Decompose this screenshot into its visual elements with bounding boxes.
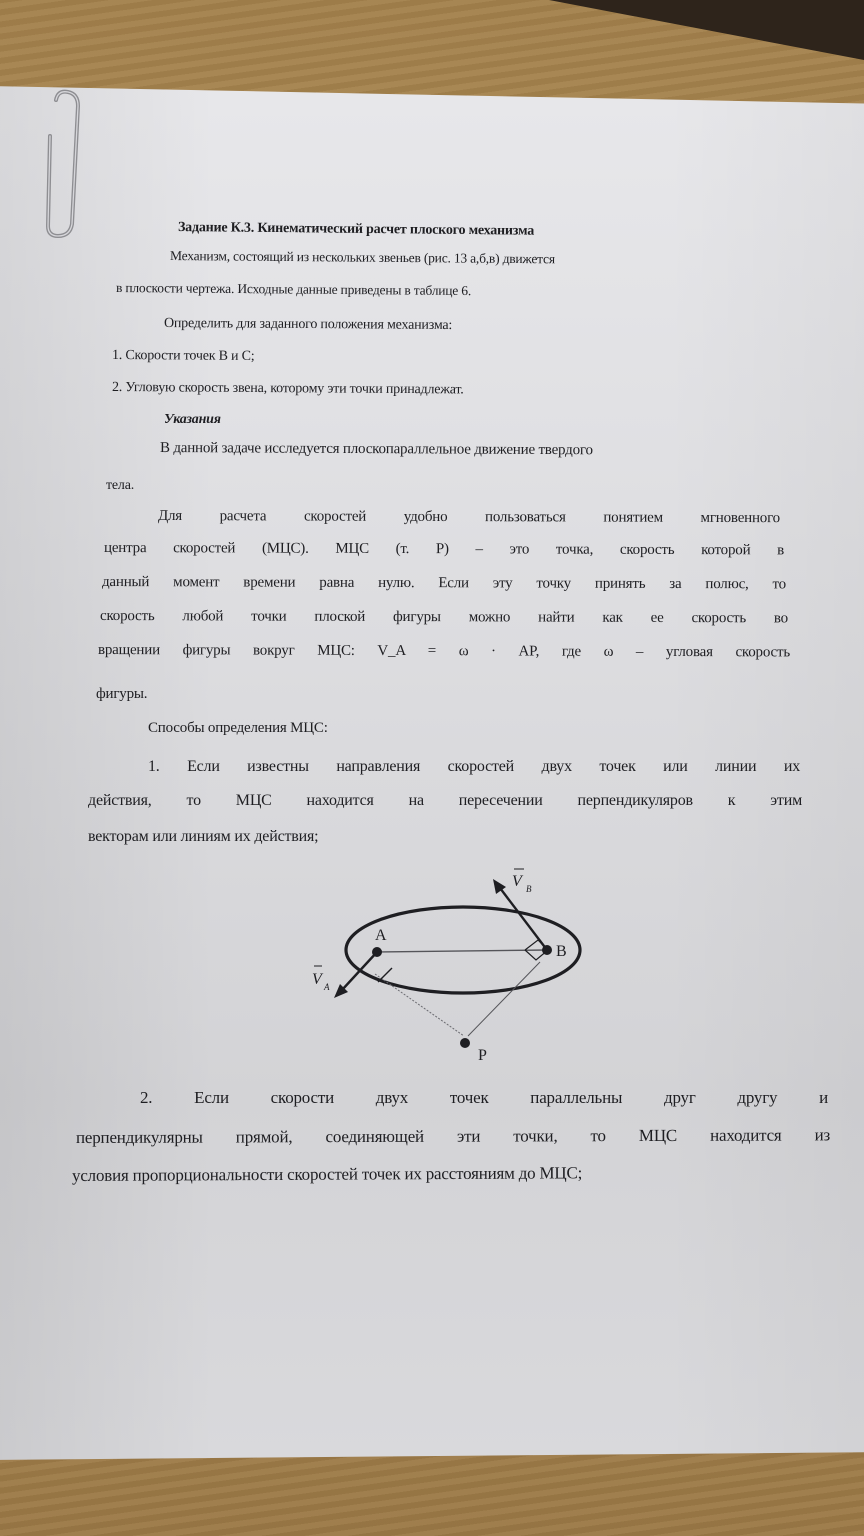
method1-line2: действия, то МЦС находится на пересечени…: [88, 792, 802, 810]
notes-para2-line1: Для расчета скоростей удобно пользоватьс…: [158, 508, 780, 527]
notes-para2-line3: данный момент времени равна нулю. Если э…: [102, 574, 786, 593]
label-velocity-a-sub: A: [323, 982, 330, 992]
notes-para2-line4: скорость любой точки плоской фигуры можн…: [100, 608, 788, 627]
notes-heading: Указания: [164, 412, 221, 428]
method2-line1: 2. Если скорости двух точек параллельны …: [140, 1088, 828, 1108]
method2-line3: условия пропорциональности скоростей точ…: [72, 1163, 582, 1186]
label-velocity-a: V: [312, 971, 324, 988]
methods-heading: Способы определения МЦС:: [148, 720, 328, 737]
task-heading: Определить для заданного положения механ…: [164, 316, 452, 334]
label-b: B: [556, 943, 567, 960]
notes-para2-line2: центра скоростей (МЦС). МЦС (т. P) – это…: [104, 540, 784, 559]
notes-para2-line5-formula: вращении фигуры вокруг МЦС: V_A = ω · AP…: [98, 642, 790, 661]
notes-para1-line1: В данной задаче исследуется плоскопаралл…: [160, 440, 593, 459]
label-a: A: [375, 927, 387, 944]
method1-line1: 1. Если известны направления скоростей д…: [148, 758, 800, 776]
notes-para1-line2: тела.: [106, 478, 134, 494]
task-item-1: 1. Скорости точек B и C;: [112, 348, 255, 365]
point-a: [372, 947, 382, 957]
method2-line2: перпендикулярны прямой, соединяющей эти …: [76, 1125, 830, 1148]
task-item-2: 2. Угловую скорость звена, которому эти …: [112, 380, 464, 398]
point-p: [460, 1038, 470, 1048]
point-b: [542, 945, 552, 955]
label-velocity-b: V: [512, 873, 524, 890]
label-p: P: [478, 1047, 487, 1064]
label-velocity-b-sub: B: [526, 884, 532, 894]
paperclip-icon: [26, 86, 86, 246]
intro-line-2: в плоскости чертежа. Исходные данные при…: [116, 280, 471, 299]
mcs-diagram: A B P V A V B: [300, 860, 600, 1070]
notes-para2-line6: фигуры.: [96, 686, 147, 703]
intro-line-1: Механизм, состоящий из нескольких звенье…: [170, 248, 555, 267]
method1-line3: векторам или линиям их действия;: [88, 828, 318, 846]
paper-sheet: [0, 0, 864, 1460]
